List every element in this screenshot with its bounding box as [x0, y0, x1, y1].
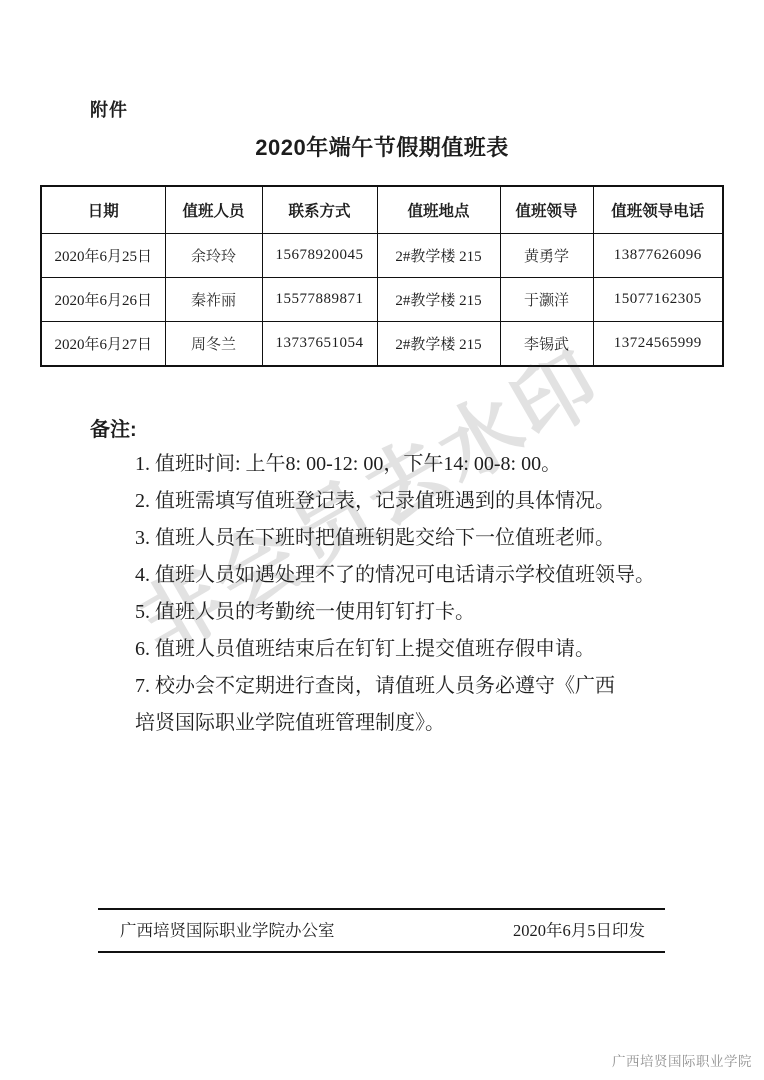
- cell-leader: 于灏洋: [500, 278, 593, 322]
- footer-rule-bottom: [98, 951, 665, 953]
- cell-person: 秦祚丽: [165, 278, 262, 322]
- cell-location: 2#教学楼 215: [377, 278, 500, 322]
- notes-list: 1. 值班时间: 上午8: 00-12: 00，下午14: 00-8: 00。 …: [135, 446, 715, 742]
- column-header-location: 值班地点: [377, 186, 500, 234]
- cell-location: 2#教学楼 215: [377, 322, 500, 367]
- note-line-7: 7. 校办会不定期进行查岗，请值班人员务必遵守《广西: [135, 668, 715, 705]
- cell-person: 周冬兰: [165, 322, 262, 367]
- cell-location: 2#教学楼 215: [377, 234, 500, 278]
- footer-row: 广西培贤国际职业学院办公室 2020年6月5日印发: [120, 915, 645, 947]
- cell-date: 2020年6月27日: [41, 322, 165, 367]
- page-title: 2020年端午节假期值班表: [0, 131, 764, 162]
- column-header-person: 值班人员: [165, 186, 262, 234]
- note-line-4: 4. 值班人员如遇处理不了的情况可电话请示学校值班领导。: [135, 557, 715, 594]
- column-header-date: 日期: [41, 186, 165, 234]
- note-line-6: 6. 值班人员值班结束后在钉钉上提交值班存假申请。: [135, 631, 715, 668]
- footer-rule-top: [98, 908, 665, 910]
- cell-phone: 15577889871: [262, 278, 377, 322]
- cell-date: 2020年6月26日: [41, 278, 165, 322]
- table-row: 2020年6月25日 余玲玲 15678920045 2#教学楼 215 黄勇学…: [41, 234, 723, 278]
- cell-leader: 李锡武: [500, 322, 593, 367]
- cell-leader: 黄勇学: [500, 234, 593, 278]
- cell-phone: 13737651054: [262, 322, 377, 367]
- note-line-3: 3. 值班人员在下班时把值班钥匙交给下一位值班老师。: [135, 520, 715, 557]
- column-header-leader: 值班领导: [500, 186, 593, 234]
- note-line-5: 5. 值班人员的考勤统一使用钉钉打卡。: [135, 594, 715, 631]
- page-brand: 广西培贤国际职业学院: [612, 1050, 752, 1070]
- cell-phone: 15678920045: [262, 234, 377, 278]
- note-line-2: 2. 值班需填写值班登记表，记录值班遇到的具体情况。: [135, 483, 715, 520]
- footer-issuer: 广西培贤国际职业学院办公室: [120, 915, 335, 947]
- note-line-1: 1. 值班时间: 上午8: 00-12: 00，下午14: 00-8: 00。: [135, 446, 715, 483]
- table-row: 2020年6月26日 秦祚丽 15577889871 2#教学楼 215 于灏洋…: [41, 278, 723, 322]
- document-page: 附件 2020年端午节假期值班表 日期 值班人员 联系方式 值班地点 值班领导 …: [0, 0, 764, 1080]
- cell-leader-phone: 15077162305: [593, 278, 723, 322]
- table-header-row: 日期 值班人员 联系方式 值班地点 值班领导 值班领导电话: [41, 186, 723, 234]
- table-row: 2020年6月27日 周冬兰 13737651054 2#教学楼 215 李锡武…: [41, 322, 723, 367]
- notes-heading: 备注:: [90, 413, 137, 442]
- cell-person: 余玲玲: [165, 234, 262, 278]
- column-header-contact: 联系方式: [262, 186, 377, 234]
- attachment-label: 附件: [90, 96, 128, 122]
- cell-leader-phone: 13724565999: [593, 322, 723, 367]
- cell-leader-phone: 13877626096: [593, 234, 723, 278]
- column-header-leader-phone: 值班领导电话: [593, 186, 723, 234]
- cell-date: 2020年6月25日: [41, 234, 165, 278]
- footer-issue-date: 2020年6月5日印发: [513, 915, 645, 947]
- note-line-7-continuation: 培贤国际职业学院值班管理制度》。: [135, 705, 715, 742]
- duty-roster-table: 日期 值班人员 联系方式 值班地点 值班领导 值班领导电话 2020年6月25日…: [40, 185, 724, 367]
